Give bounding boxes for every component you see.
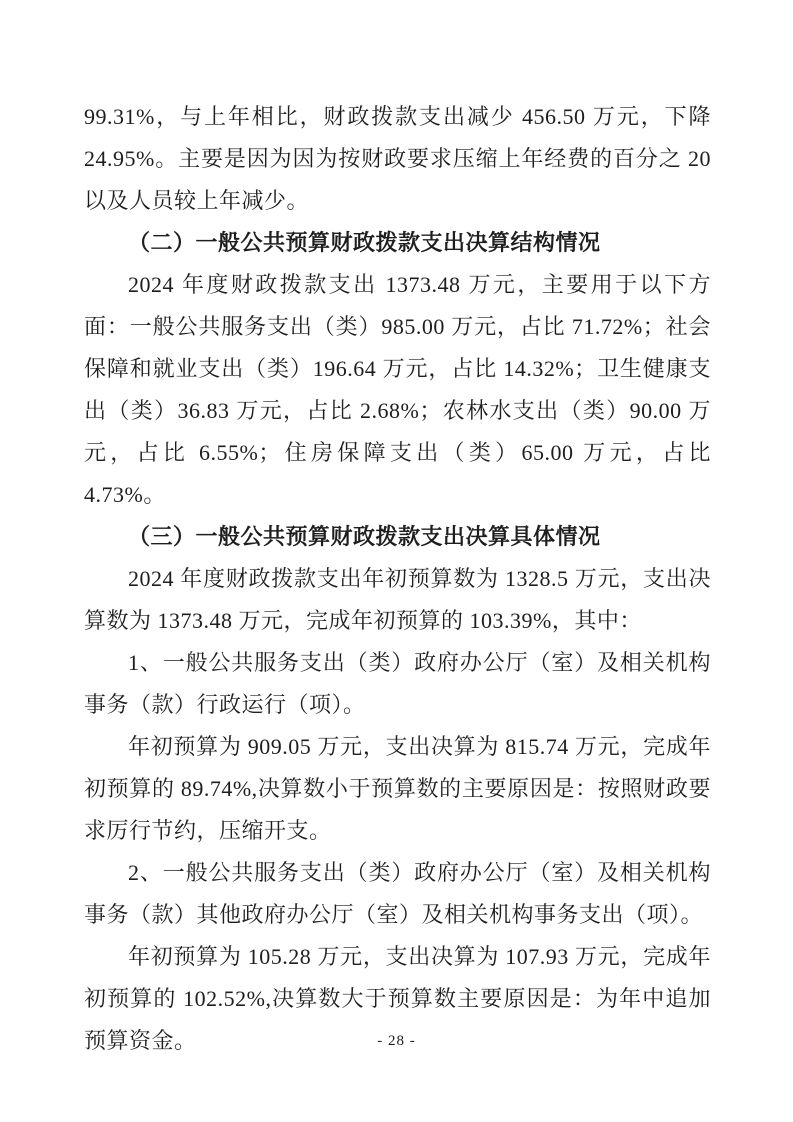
- page-number: - 28 -: [377, 1033, 416, 1049]
- page-footer: - 28 -: [0, 1030, 793, 1052]
- paragraph: 2024 年度财政拨款支出年初预算数为 1328.5 万元，支出决算数为 137…: [84, 558, 711, 642]
- document-page: 99.31%，与上年相比，财政拨款支出减少 456.50 万元，下降 24.95…: [0, 0, 793, 1122]
- paragraph: 年初预算为 909.05 万元，支出决算为 815.74 万元，完成年初预算的 …: [84, 726, 711, 852]
- document-body: 99.31%，与上年相比，财政拨款支出减少 456.50 万元，下降 24.95…: [84, 96, 711, 1062]
- paragraph: 1、一般公共服务支出（类）政府办公厅（室）及相关机构事务（款）行政运行（项）。: [84, 642, 711, 726]
- paragraph: 99.31%，与上年相比，财政拨款支出减少 456.50 万元，下降 24.95…: [84, 96, 711, 222]
- paragraph: 2、一般公共服务支出（类）政府办公厅（室）及相关机构事务（款）其他政府办公厅（室…: [84, 852, 711, 936]
- section-heading-2: （二）一般公共预算财政拨款支出决算结构情况: [84, 222, 711, 264]
- paragraph: 2024 年度财政拨款支出 1373.48 万元，主要用于以下方面：一般公共服务…: [84, 264, 711, 516]
- section-heading-3: （三）一般公共预算财政拨款支出决算具体情况: [84, 516, 711, 558]
